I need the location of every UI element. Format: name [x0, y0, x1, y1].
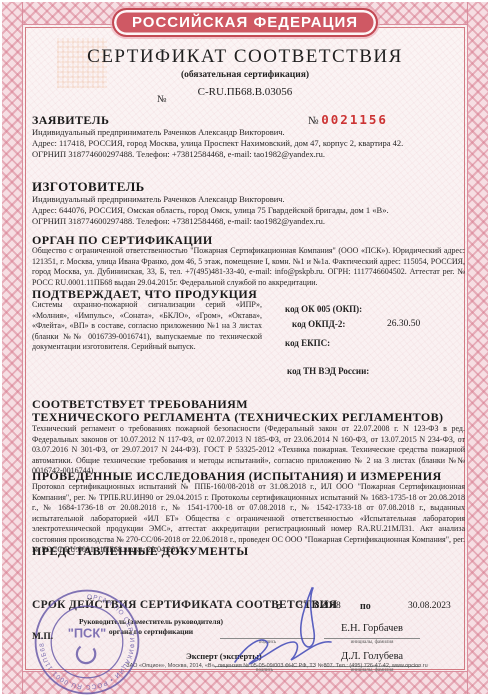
compliance-subheading: ТЕХНИЧЕСКОГО РЕГЛАМЕНТА (ТЕХНИЧЕСКИХ РЕГ…	[32, 410, 443, 425]
certificate-number-label: №	[157, 94, 167, 105]
applicant-heading: ЗАЯВИТЕЛЬ	[32, 113, 109, 128]
code-ok005-label: код ОК 005 (ОКП):	[285, 304, 362, 314]
border-band-left	[2, 2, 23, 694]
seal-place-mark: М.П.	[32, 632, 53, 642]
stamp-ring-text: ОРГАН ПО СЕРТИФИКАЦИИ • РОСС RU.0001.11П…	[39, 594, 135, 690]
product-text: Системы охранно-пожарной сигнализации се…	[32, 300, 262, 353]
certificate-page: РОССИЙСКАЯ ФЕДЕРАЦИЯ СЕРТИФИКАТ СООТВЕТС…	[2, 2, 488, 694]
country-banner: РОССИЙСКАЯ ФЕДЕРАЦИЯ	[112, 8, 378, 37]
applicant-text: Индивидуальный предприниматель Раченков …	[32, 127, 460, 161]
certificate-title: СЕРТИФИКАТ СООТВЕТСТВИЯ	[2, 46, 488, 68]
certificate-number: C-RU.ПБ68.В.03056	[2, 86, 488, 98]
manufacturer-heading: ИЗГОТОВИТЕЛЬ	[32, 179, 145, 195]
ink-signatures	[217, 582, 377, 677]
code-okpd2-value: 26.30.50	[387, 319, 420, 329]
documents-heading: ПРЕДСТАВЛЕННЫЕ ДОКУМЕНТЫ	[32, 544, 249, 559]
validity-to-date: 30.08.2023	[408, 601, 451, 611]
stamp-center-text: "ПСК"	[68, 625, 107, 640]
blank-serial-label: №	[308, 115, 319, 127]
blank-serial-number: № 0021156	[308, 112, 388, 127]
code-okpd2-label: код ОКПД-2:	[292, 319, 345, 329]
cert-body-text: Общество с ограниченной ответственностью…	[32, 246, 465, 288]
blank-serial-digits: 0021156	[321, 112, 388, 127]
svg-text:ОРГАН ПО СЕРТИФИКАЦИИ • РОСС R: ОРГАН ПО СЕРТИФИКАЦИИ • РОСС RU.0001.11П…	[39, 594, 135, 690]
manufacturer-text: Индивидуальный предприниматель Раченков …	[32, 194, 460, 228]
code-tnved-label: код ТН ВЭД России:	[287, 366, 369, 376]
round-stamp: ОРГАН ПО СЕРТИФИКАЦИИ • РОСС RU.0001.11П…	[26, 586, 148, 698]
certificate-subtitle: (обязательная сертификация)	[2, 70, 488, 80]
stamp-logo-glyph	[77, 647, 95, 664]
code-ekps-label: код ЕКПС:	[285, 338, 330, 348]
border-band-right	[467, 2, 488, 694]
